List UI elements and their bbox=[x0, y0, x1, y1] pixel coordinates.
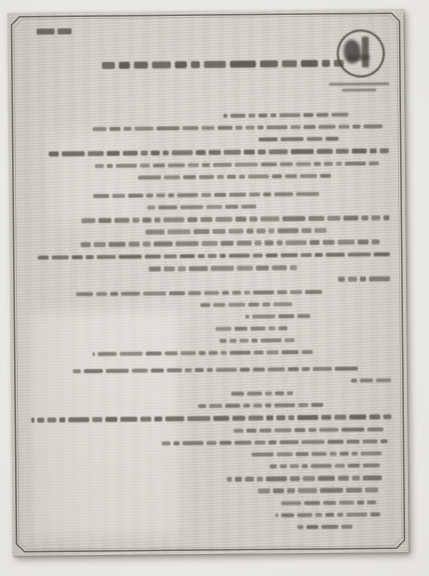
word-blur bbox=[176, 242, 199, 246]
word-blur bbox=[182, 126, 198, 130]
word-blur bbox=[249, 193, 260, 197]
word-blur bbox=[167, 368, 182, 372]
word-blur bbox=[164, 175, 180, 179]
word-blur bbox=[163, 151, 169, 156]
word-blur bbox=[215, 327, 231, 331]
word-blur bbox=[193, 229, 209, 233]
word-blur bbox=[234, 326, 247, 330]
word-blur bbox=[221, 241, 234, 245]
word-blur bbox=[235, 126, 242, 130]
word-blur bbox=[93, 352, 95, 356]
word-blur bbox=[248, 114, 255, 118]
word-blur bbox=[232, 290, 241, 294]
word-blur bbox=[227, 477, 232, 481]
word-blur bbox=[154, 218, 160, 222]
caption-line bbox=[329, 82, 389, 85]
word-blur bbox=[269, 440, 277, 444]
word-blur bbox=[204, 61, 226, 68]
word-blur bbox=[317, 149, 333, 154]
word-blur bbox=[347, 440, 360, 444]
word-blur bbox=[306, 525, 318, 529]
word-blur bbox=[215, 217, 232, 221]
word-blur bbox=[338, 277, 345, 281]
text-line bbox=[81, 216, 389, 223]
word-blur bbox=[204, 290, 219, 294]
word-blur bbox=[177, 193, 198, 197]
word-blur bbox=[326, 252, 345, 257]
word-blur bbox=[105, 417, 117, 422]
word-blur bbox=[202, 163, 210, 167]
word-blur bbox=[308, 428, 316, 432]
word-blur bbox=[357, 500, 364, 504]
word-blur bbox=[259, 137, 278, 141]
word-blur bbox=[352, 125, 360, 129]
word-blur bbox=[153, 163, 165, 167]
word-blur bbox=[281, 501, 301, 505]
word-blur bbox=[156, 194, 165, 198]
word-blur bbox=[254, 350, 264, 354]
word-blur bbox=[310, 240, 320, 244]
word-blur bbox=[255, 241, 262, 245]
word-blur bbox=[124, 127, 132, 131]
word-blur bbox=[201, 126, 214, 130]
word-blur bbox=[302, 440, 325, 444]
word-blur bbox=[216, 368, 237, 372]
word-blur bbox=[244, 150, 255, 155]
word-blur bbox=[31, 418, 34, 423]
word-blur bbox=[383, 415, 391, 420]
word-blur bbox=[58, 28, 72, 34]
word-blur bbox=[248, 175, 269, 179]
word-blur bbox=[178, 267, 186, 271]
word-blur bbox=[52, 255, 69, 260]
word-blur bbox=[183, 441, 204, 445]
word-blur bbox=[151, 368, 164, 372]
word-blur bbox=[301, 253, 312, 258]
word-blur bbox=[225, 205, 238, 209]
word-blur bbox=[229, 193, 246, 197]
word-blur bbox=[314, 162, 321, 166]
text-line bbox=[245, 314, 310, 319]
word-blur bbox=[326, 137, 339, 141]
text-line bbox=[149, 265, 297, 271]
word-blur bbox=[107, 164, 113, 168]
word-blur bbox=[183, 175, 196, 179]
word-blur bbox=[383, 216, 389, 220]
text-line bbox=[91, 192, 319, 198]
text-line bbox=[93, 124, 383, 131]
word-blur bbox=[109, 242, 126, 246]
word-blur bbox=[277, 290, 287, 294]
word-blur bbox=[134, 62, 147, 69]
word-blur bbox=[287, 489, 295, 493]
word-blur bbox=[346, 512, 367, 516]
word-blur bbox=[247, 392, 262, 396]
word-blur bbox=[106, 369, 129, 373]
word-blur bbox=[278, 326, 287, 330]
word-blur bbox=[363, 464, 380, 468]
word-blur bbox=[96, 291, 107, 295]
word-blur bbox=[263, 193, 271, 197]
word-blur bbox=[296, 192, 319, 196]
word-blur bbox=[323, 500, 336, 504]
text-line bbox=[220, 338, 295, 343]
word-blur bbox=[220, 441, 232, 445]
word-blur bbox=[304, 500, 320, 504]
word-blur bbox=[246, 429, 256, 433]
word-blur bbox=[201, 193, 211, 197]
word-blur bbox=[129, 242, 140, 246]
word-blur bbox=[102, 62, 115, 69]
word-blur bbox=[369, 161, 379, 165]
word-blur bbox=[164, 254, 177, 259]
word-blur bbox=[282, 216, 305, 220]
word-blur bbox=[367, 500, 376, 504]
word-blur bbox=[62, 151, 85, 156]
word-blur bbox=[253, 290, 274, 294]
word-blur bbox=[369, 415, 380, 420]
word-blur bbox=[281, 137, 304, 141]
word-blur bbox=[365, 488, 378, 492]
word-blur bbox=[213, 163, 232, 167]
word-blur bbox=[225, 404, 240, 408]
text-line bbox=[259, 137, 339, 142]
word-blur bbox=[37, 28, 55, 34]
seal-emblem-shape bbox=[348, 54, 370, 60]
word-blur bbox=[143, 291, 166, 295]
word-blur bbox=[339, 500, 354, 504]
word-blur bbox=[268, 326, 275, 330]
text-line bbox=[228, 391, 293, 396]
word-blur bbox=[327, 216, 340, 220]
word-blur bbox=[169, 291, 185, 295]
word-blur bbox=[249, 217, 257, 221]
word-blur bbox=[273, 302, 292, 306]
word-blur bbox=[221, 351, 227, 355]
word-blur bbox=[297, 314, 310, 318]
word-blur bbox=[290, 265, 297, 269]
word-blur bbox=[280, 440, 299, 444]
word-blur bbox=[256, 266, 269, 270]
word-blur bbox=[261, 162, 277, 166]
text-line bbox=[72, 289, 322, 296]
word-blur bbox=[296, 162, 311, 166]
text-line bbox=[275, 512, 380, 517]
word-blur bbox=[198, 254, 205, 259]
word-blur bbox=[199, 175, 214, 179]
word-blur bbox=[262, 302, 270, 306]
word-blur bbox=[244, 290, 250, 294]
word-blur bbox=[323, 240, 335, 244]
word-blur bbox=[296, 452, 309, 456]
word-blur bbox=[94, 242, 106, 246]
word-blur bbox=[230, 61, 256, 68]
caption-line bbox=[342, 88, 376, 91]
word-blur bbox=[188, 291, 201, 295]
word-blur bbox=[209, 150, 221, 155]
word-blur bbox=[237, 266, 253, 270]
word-blur bbox=[270, 465, 277, 469]
word-blur bbox=[336, 162, 342, 166]
word-blur bbox=[294, 428, 305, 432]
word-blur bbox=[352, 476, 360, 480]
word-blur bbox=[132, 218, 139, 222]
word-blur bbox=[374, 252, 390, 257]
word-blur bbox=[360, 378, 373, 382]
word-blur bbox=[174, 441, 180, 445]
word-blur bbox=[198, 404, 206, 408]
word-blur bbox=[269, 149, 288, 154]
word-blur bbox=[297, 525, 303, 529]
word-blur bbox=[300, 174, 317, 178]
word-blur bbox=[245, 126, 254, 130]
word-blur bbox=[120, 352, 143, 356]
text-line bbox=[144, 205, 256, 210]
word-blur bbox=[154, 417, 162, 422]
word-blur bbox=[235, 163, 258, 167]
word-blur bbox=[266, 125, 287, 129]
word-blur bbox=[297, 415, 318, 420]
word-blur bbox=[265, 241, 274, 245]
word-blur bbox=[370, 512, 380, 516]
word-blur bbox=[320, 174, 331, 178]
word-blur bbox=[231, 392, 244, 396]
word-blur bbox=[297, 513, 312, 517]
word-blur bbox=[261, 338, 282, 342]
word-blur bbox=[187, 217, 197, 221]
word-blur bbox=[308, 216, 324, 220]
word-blur bbox=[277, 229, 298, 233]
word-blur bbox=[209, 404, 222, 408]
text-line bbox=[258, 488, 378, 493]
word-blur bbox=[81, 243, 91, 247]
word-blur bbox=[275, 391, 284, 395]
word-blur bbox=[257, 477, 263, 481]
word-blur bbox=[157, 126, 180, 130]
word-blur bbox=[343, 216, 358, 220]
text-line bbox=[136, 174, 331, 180]
word-blur bbox=[303, 476, 315, 480]
word-blur bbox=[93, 127, 107, 131]
word-blur bbox=[200, 303, 210, 307]
text-line bbox=[227, 476, 382, 482]
word-blur bbox=[76, 292, 93, 296]
word-blur bbox=[162, 442, 171, 446]
word-blur bbox=[84, 369, 103, 373]
word-blur bbox=[128, 194, 143, 198]
word-blur bbox=[140, 164, 150, 168]
word-blur bbox=[235, 217, 246, 221]
word-blur bbox=[141, 151, 148, 156]
word-blur bbox=[285, 338, 295, 342]
word-blur bbox=[110, 127, 121, 131]
word-blur bbox=[305, 289, 322, 293]
word-blur bbox=[147, 206, 155, 210]
word-blur bbox=[230, 350, 251, 354]
word-blur bbox=[220, 339, 227, 343]
word-blur bbox=[68, 417, 89, 422]
word-blur bbox=[280, 162, 293, 166]
word-blur bbox=[200, 217, 212, 221]
word-blur bbox=[154, 242, 173, 246]
word-blur bbox=[280, 465, 287, 469]
word-blur bbox=[107, 151, 120, 156]
word-blur bbox=[288, 415, 294, 420]
word-blur bbox=[72, 255, 83, 260]
word-blur bbox=[199, 351, 206, 355]
word-blur bbox=[352, 452, 358, 456]
word-blur bbox=[290, 125, 300, 129]
word-blur bbox=[110, 291, 118, 295]
text-line bbox=[158, 439, 388, 445]
word-blur bbox=[380, 148, 389, 153]
word-blur bbox=[372, 240, 380, 244]
word-blur bbox=[223, 114, 227, 118]
word-blur bbox=[143, 242, 151, 246]
word-blur bbox=[245, 477, 254, 481]
word-blur bbox=[165, 351, 178, 355]
word-blur bbox=[180, 254, 195, 259]
word-blur bbox=[114, 218, 129, 222]
word-blur bbox=[369, 277, 390, 281]
word-blur bbox=[307, 137, 323, 141]
word-blur bbox=[325, 512, 334, 516]
word-blur bbox=[86, 255, 94, 260]
word-blur bbox=[180, 205, 203, 209]
word-blur bbox=[233, 429, 243, 433]
issue-round-note bbox=[36, 28, 72, 34]
word-blur bbox=[222, 290, 229, 294]
text-line bbox=[197, 302, 292, 307]
text-line bbox=[80, 240, 380, 247]
word-blur bbox=[237, 241, 252, 245]
word-blur bbox=[303, 113, 313, 117]
text-line bbox=[233, 427, 383, 433]
word-blur bbox=[266, 477, 287, 481]
word-blur bbox=[206, 205, 222, 209]
word-blur bbox=[331, 113, 348, 117]
word-blur bbox=[288, 367, 299, 371]
word-blur bbox=[49, 152, 59, 157]
word-blur bbox=[279, 113, 300, 117]
word-blur bbox=[266, 416, 273, 421]
word-blur bbox=[220, 253, 226, 258]
text-line bbox=[38, 252, 390, 260]
word-blur bbox=[286, 241, 307, 245]
word-blur bbox=[335, 464, 345, 468]
word-blur bbox=[346, 488, 362, 492]
word-blur bbox=[196, 150, 206, 155]
word-blur bbox=[281, 513, 294, 517]
word-blur bbox=[152, 61, 171, 68]
word-blur bbox=[140, 417, 151, 422]
word-blur bbox=[301, 60, 318, 67]
word-blur bbox=[248, 302, 259, 306]
word-blur bbox=[349, 415, 366, 420]
word-blur bbox=[116, 164, 137, 168]
word-blur bbox=[119, 62, 130, 69]
word-blur bbox=[320, 488, 343, 492]
word-blur bbox=[230, 339, 237, 343]
word-blur bbox=[227, 175, 236, 179]
word-blur bbox=[338, 125, 349, 129]
word-blur bbox=[212, 229, 225, 233]
word-blur bbox=[277, 452, 293, 456]
word-blur bbox=[123, 151, 138, 156]
text-line bbox=[215, 326, 287, 331]
word-blur bbox=[98, 352, 117, 356]
word-blur bbox=[290, 464, 299, 468]
word-blur bbox=[253, 253, 263, 258]
word-blur bbox=[275, 513, 278, 517]
word-blur bbox=[351, 379, 357, 383]
word-blur bbox=[274, 403, 295, 407]
word-blur bbox=[260, 217, 279, 221]
word-blur bbox=[195, 368, 204, 372]
word-blur bbox=[341, 524, 352, 528]
word-blur bbox=[319, 428, 338, 432]
word-blur bbox=[363, 440, 378, 444]
document-page bbox=[7, 9, 408, 556]
word-blur bbox=[112, 194, 125, 198]
word-blur bbox=[228, 302, 245, 306]
word-blur bbox=[240, 368, 250, 372]
word-blur bbox=[266, 253, 278, 258]
word-blur bbox=[376, 378, 391, 382]
word-blur bbox=[158, 206, 177, 210]
word-blur bbox=[340, 452, 349, 456]
word-blur bbox=[181, 351, 196, 355]
word-blur bbox=[302, 350, 313, 354]
word-blur bbox=[214, 193, 226, 197]
word-blur bbox=[217, 126, 232, 130]
word-blur bbox=[47, 418, 56, 423]
word-blur bbox=[132, 369, 148, 373]
text-line bbox=[49, 148, 389, 156]
word-blur bbox=[167, 230, 190, 234]
word-blur bbox=[253, 404, 262, 408]
word-blur bbox=[119, 254, 142, 259]
word-blur bbox=[314, 228, 326, 232]
word-blur bbox=[191, 61, 200, 68]
word-blur bbox=[246, 229, 253, 233]
word-blur bbox=[188, 163, 199, 167]
word-blur bbox=[348, 464, 360, 468]
word-blur bbox=[277, 241, 283, 245]
text-line bbox=[351, 378, 391, 383]
word-blur bbox=[315, 513, 322, 517]
text-line bbox=[281, 500, 376, 505]
word-blur bbox=[363, 476, 382, 480]
word-blur bbox=[371, 216, 380, 220]
word-blur bbox=[321, 524, 338, 528]
word-blur bbox=[230, 114, 245, 118]
word-blur bbox=[328, 440, 344, 444]
word-blur bbox=[360, 277, 366, 281]
word-blur bbox=[146, 351, 162, 355]
word-blur bbox=[257, 126, 263, 130]
word-blur bbox=[259, 428, 271, 432]
word-blur bbox=[281, 253, 298, 258]
word-blur bbox=[282, 60, 297, 67]
word-blur bbox=[213, 416, 229, 421]
word-blur bbox=[207, 368, 213, 372]
word-blur bbox=[252, 338, 258, 342]
text-line bbox=[31, 415, 391, 423]
body-text-lines bbox=[22, 112, 392, 539]
word-blur bbox=[276, 416, 285, 421]
word-blur bbox=[146, 194, 153, 198]
